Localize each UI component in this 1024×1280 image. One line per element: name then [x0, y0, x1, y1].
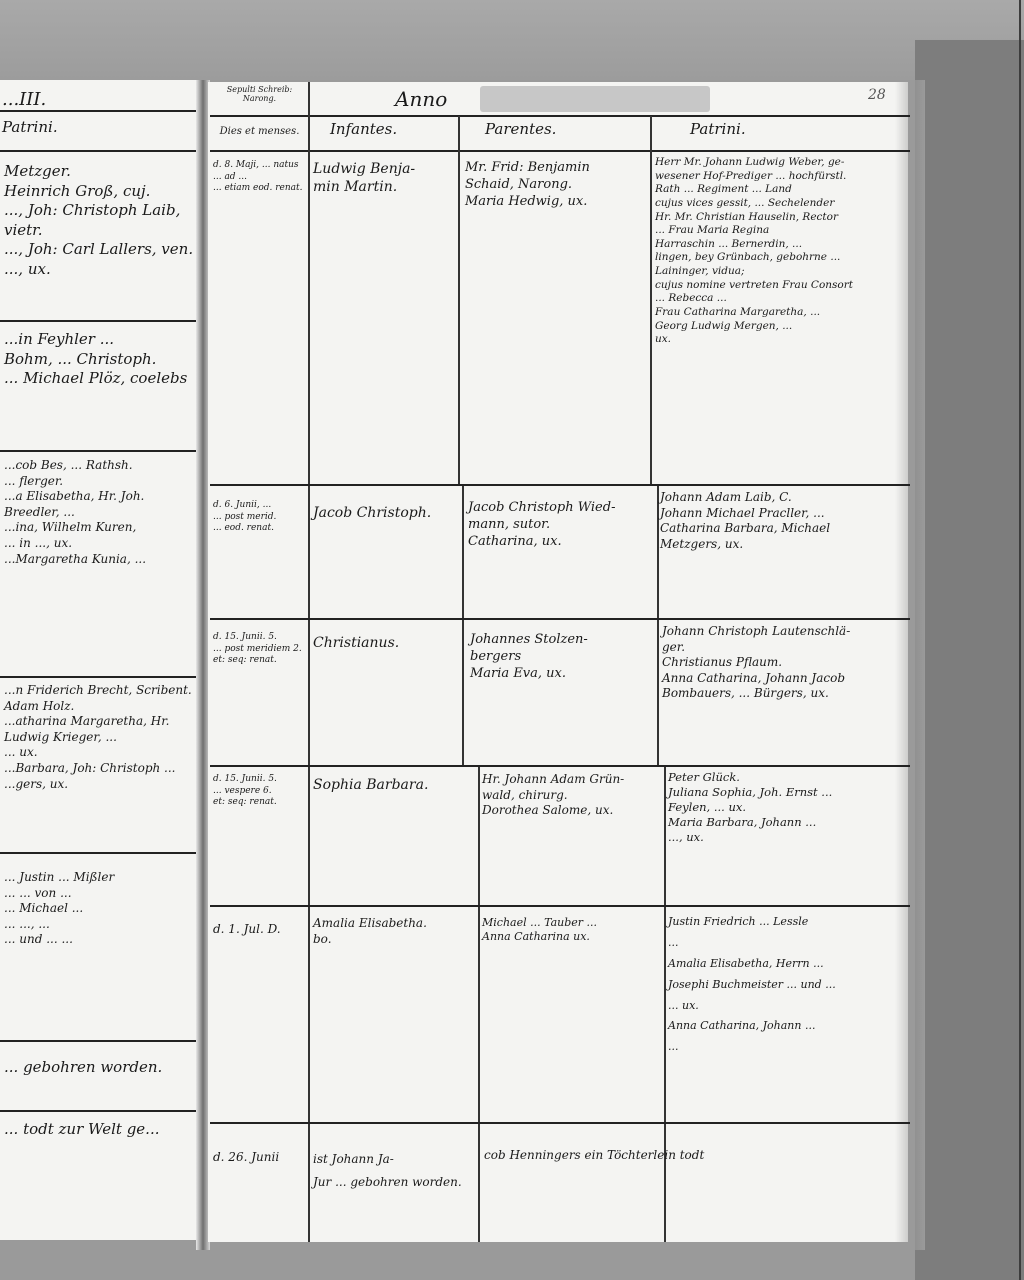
rule — [210, 484, 910, 486]
rule — [0, 110, 200, 112]
entry-2-date: d. 6. Junii, ... ... post merid. ... eod… — [213, 500, 308, 535]
entry-3-patrini: Johann Christoph Lautenschlä- ger. Chris… — [662, 624, 912, 702]
entry-2-parents: Jacob Christoph Wied- mann, sutor. Catha… — [468, 500, 653, 551]
rule — [210, 765, 910, 767]
column-divider — [478, 766, 480, 1242]
left-entry-5: ... Justin ... Mißler ... ... von ... ..… — [4, 870, 200, 948]
entry-4-parents: Hr. Johann Adam Grün- wald, chirurg. Dor… — [482, 772, 667, 819]
rule — [0, 1110, 200, 1112]
rule — [210, 115, 910, 117]
rule — [0, 1040, 200, 1042]
entry-5-patrini: Justin Friedrich ... Lessle ... Amalia E… — [668, 912, 918, 1058]
entry-4-infant: Sophia Barbara. — [313, 776, 458, 794]
entry-2-patrini: Johann Adam Laib, C. Johann Michael Prac… — [660, 490, 910, 552]
column-divider — [308, 82, 310, 1242]
entry-5-date: d. 1. Jul. D. — [213, 922, 308, 938]
entry-1-patrini: Herr Mr. Johann Ludwig Weber, ge- wesene… — [655, 156, 905, 347]
entry-2-infant: Jacob Christoph. — [313, 504, 458, 522]
rule — [0, 150, 200, 152]
left-column-heading: Patrini. — [2, 118, 58, 138]
scan-background-top — [0, 0, 1024, 80]
entry-1-parents: Mr. Frid: Benjamin Schaid, Narong. Maria… — [465, 160, 650, 211]
left-entry-6: ... gebohren worden. — [4, 1058, 200, 1078]
entry-1-date: d. 8. Maji, ... natus ... ad ... ... eti… — [213, 160, 308, 195]
year-smudge — [480, 86, 710, 112]
column-divider — [657, 486, 659, 766]
entry-4-date: d. 15. Junii. 5. ... vespere 6. et: seq:… — [213, 774, 308, 809]
column-divider — [650, 116, 652, 486]
entry-3-infant: Christianus. — [313, 634, 458, 652]
entry-3-parents: Johannes Stolzen- bergers Maria Eva, ux. — [470, 632, 655, 683]
column-heading-parentes: Parentes. — [485, 120, 556, 140]
left-entry-2: ...in Feyhler ... Bohm, ... Christoph. .… — [4, 330, 200, 389]
entry-6-date: d. 26. Junii — [213, 1150, 308, 1166]
entry-5-infant: Amalia Elisabetha. bo. — [313, 916, 458, 947]
entry-6-infant: ist Johann Ja- Jur ... gebohren worden. — [313, 1148, 473, 1194]
column-divider — [664, 766, 666, 1242]
rule — [0, 676, 200, 678]
rule — [0, 450, 200, 452]
left-entry-7: ... todt zur Welt ge... — [4, 1120, 200, 1140]
left-entry-3: ...cob Bes, ... Rathsh. ... flerger. ...… — [4, 458, 200, 567]
header-anno: Anno — [395, 86, 447, 112]
column-heading-dies: Dies et menses. — [212, 126, 307, 137]
column-divider — [458, 116, 460, 486]
entry-6-parents: cob Henningers ein Töchterlein todt — [484, 1148, 884, 1164]
rule — [0, 320, 200, 322]
left-entry-4: ...n Friderich Brecht, Scribent. Adam Ho… — [4, 683, 200, 792]
scan-background-right — [915, 40, 1024, 1280]
left-entry-1: Metzger. Heinrich Groß, cuj. ..., Joh: C… — [4, 162, 200, 279]
page-number: 28 — [868, 86, 886, 104]
column-heading-patrini: Patrini. — [690, 120, 746, 140]
column-divider — [462, 486, 464, 766]
header-first-column: Sepulti Schreib: Narong. — [212, 86, 307, 104]
scan-border — [1019, 0, 1021, 1280]
left-page-header: ...III. — [2, 88, 46, 111]
entry-3-date: d. 15. Junii. 5. ... post meridiem 2. et… — [213, 632, 308, 667]
entry-5-parents: Michael ... Tauber ... Anna Catharina ux… — [482, 916, 667, 945]
rule — [210, 618, 910, 620]
rule — [210, 905, 910, 907]
rule — [0, 852, 200, 854]
rule — [210, 150, 910, 152]
entry-1-infant: Ludwig Benja- min Martin. — [313, 160, 458, 196]
rule — [210, 1122, 910, 1124]
entry-4-patrini: Peter Glück. Juliana Sophia, Joh. Ernst … — [668, 770, 918, 845]
column-heading-infantes: Infantes. — [330, 120, 397, 140]
